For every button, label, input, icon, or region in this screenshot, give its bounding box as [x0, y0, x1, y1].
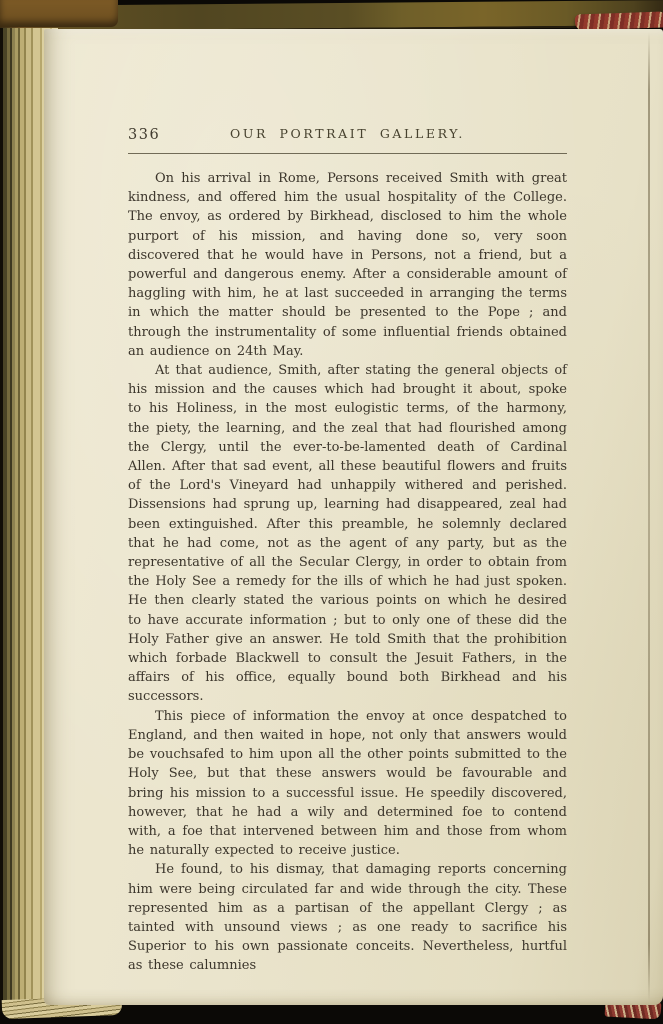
paragraph: This piece of information the envoy at o… [128, 707, 567, 861]
running-header: OUR PORTRAIT GALLERY. [128, 126, 567, 141]
paragraph: At that audience, Smith, after stating t… [128, 361, 567, 707]
scanned-page: 336 OUR PORTRAIT GALLERY. On his arrival… [44, 29, 663, 1005]
paragraph: He found, to his dismay, that damaging r… [128, 860, 567, 975]
running-head-row: 336 OUR PORTRAIT GALLERY. [128, 126, 567, 144]
headband-top-right [575, 11, 663, 30]
page-edge-crease [648, 32, 650, 1002]
header-rule [128, 153, 567, 154]
leather-corner-top-left [0, 0, 118, 27]
book-scan: 336 OUR PORTRAIT GALLERY. On his arrival… [0, 0, 663, 1024]
page-number: 336 [128, 127, 160, 143]
body-text: On his arrival in Rome, Persons received… [128, 169, 567, 976]
paragraph: On his arrival in Rome, Persons received… [128, 169, 567, 361]
page-content: 336 OUR PORTRAIT GALLERY. On his arrival… [128, 126, 567, 976]
